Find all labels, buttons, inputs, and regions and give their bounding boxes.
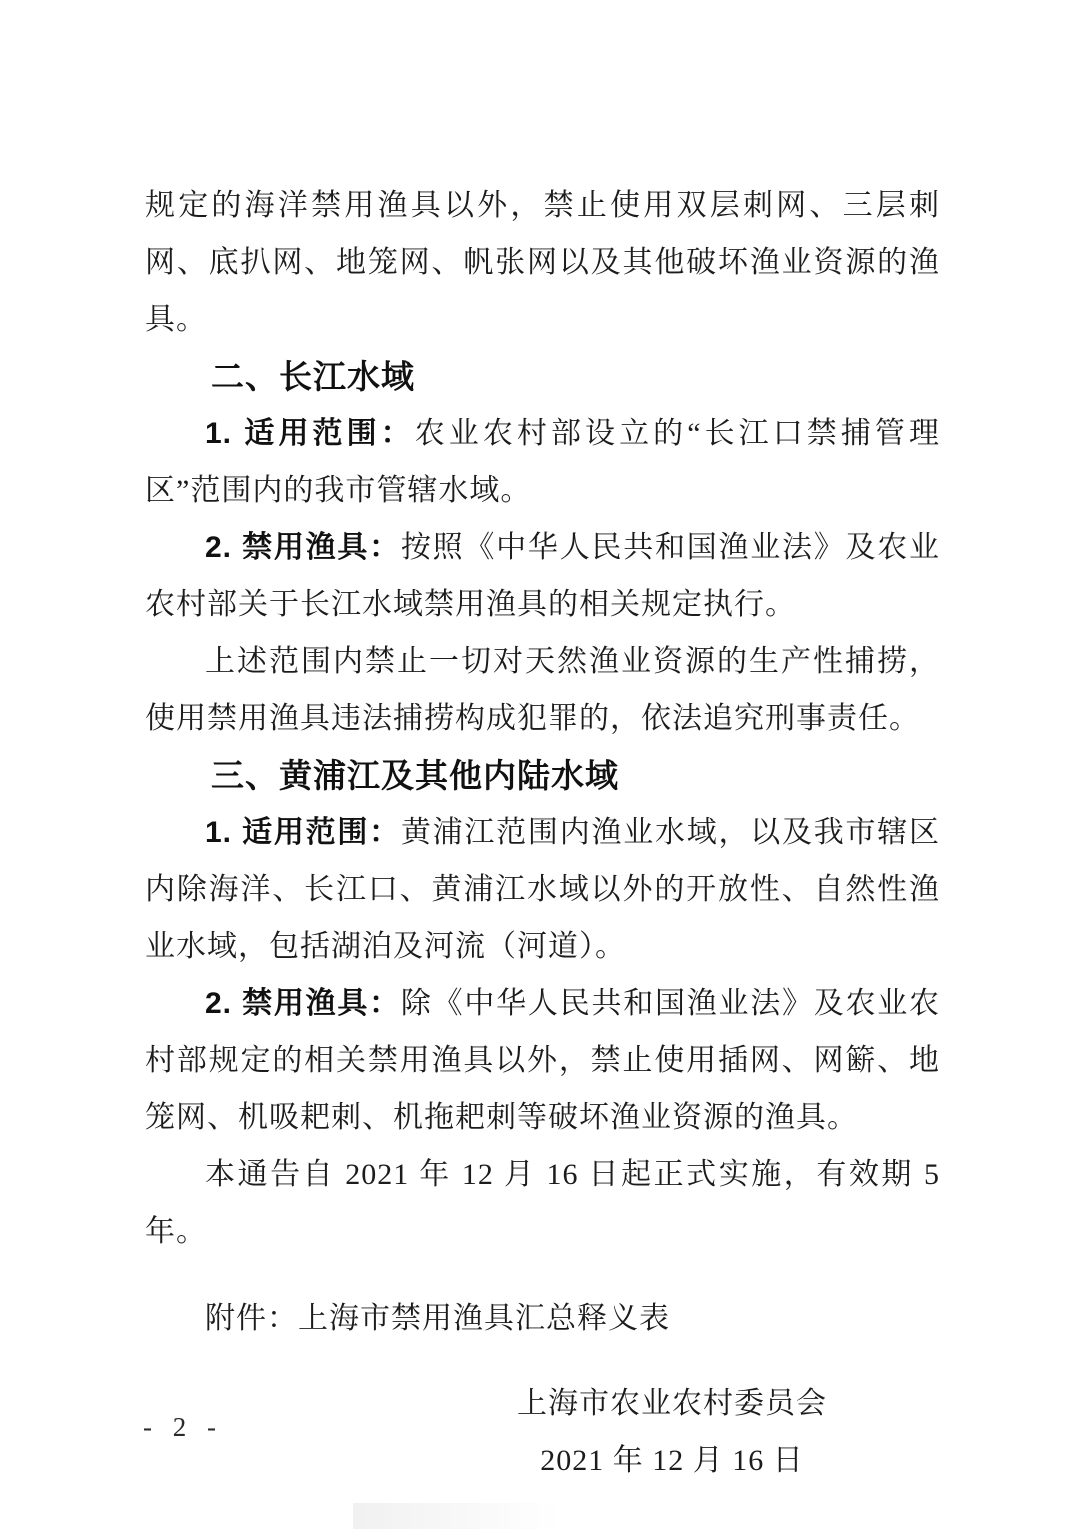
sign-date: 2021 年 12 月 16 日 <box>462 1432 882 1489</box>
huangpu-scope-paragraph: 1. 适用范围：黄浦江范围内渔业水域，以及我市辖区内除海洋、长江口、黄浦江水域以… <box>145 804 940 975</box>
attachment-line: 附件：上海市禁用渔具汇总释义表 <box>145 1290 940 1347</box>
changjiang-scope-paragraph: 1. 适用范围：农业农村部设立的“长江口禁捕管理区”范围内的我市管辖水域。 <box>145 405 940 519</box>
effective-date-paragraph: 本通告自 2021 年 12 月 16 日起正式实施，有效期 5 年。 <box>145 1146 940 1260</box>
changjiang-enforcement-paragraph: 上述范围内禁止一切对天然渔业资源的生产性捕捞，使用禁用渔具违法捕捞构成犯罪的，依… <box>145 633 940 747</box>
signature-block: 上海市农业农村委员会 2021 年 12 月 16 日 <box>462 1375 882 1489</box>
continuation-paragraph: 规定的海洋禁用渔具以外，禁止使用双层刺网、三层刺网、底扒网、地笼网、帆张网以及其… <box>145 177 940 348</box>
changjiang-gear-label: 2. 禁用渔具： <box>205 531 401 564</box>
page-bottom-shadow <box>353 1503 733 1529</box>
huangpu-gear-label: 2. 禁用渔具： <box>205 987 401 1020</box>
section-heading-changjiang: 二、长江水域 <box>145 348 940 405</box>
huangpu-gear-paragraph: 2. 禁用渔具：除《中华人民共和国渔业法》及农业农村部规定的相关禁用渔具以外，禁… <box>145 975 940 1146</box>
document-page: 规定的海洋禁用渔具以外，禁止使用双层刺网、三层刺网、底扒网、地笼网、帆张网以及其… <box>145 177 940 1489</box>
changjiang-gear-paragraph: 2. 禁用渔具：按照《中华人民共和国渔业法》及农业农村部关于长江水域禁用渔具的相… <box>145 519 940 633</box>
page-number: - 2 - <box>143 1412 223 1443</box>
changjiang-scope-label: 1. 适用范围： <box>205 417 415 450</box>
signer-name: 上海市农业农村委员会 <box>462 1375 882 1432</box>
huangpu-scope-label: 1. 适用范围： <box>205 816 401 849</box>
section-heading-huangpu: 三、黄浦江及其他内陆水域 <box>145 747 940 804</box>
